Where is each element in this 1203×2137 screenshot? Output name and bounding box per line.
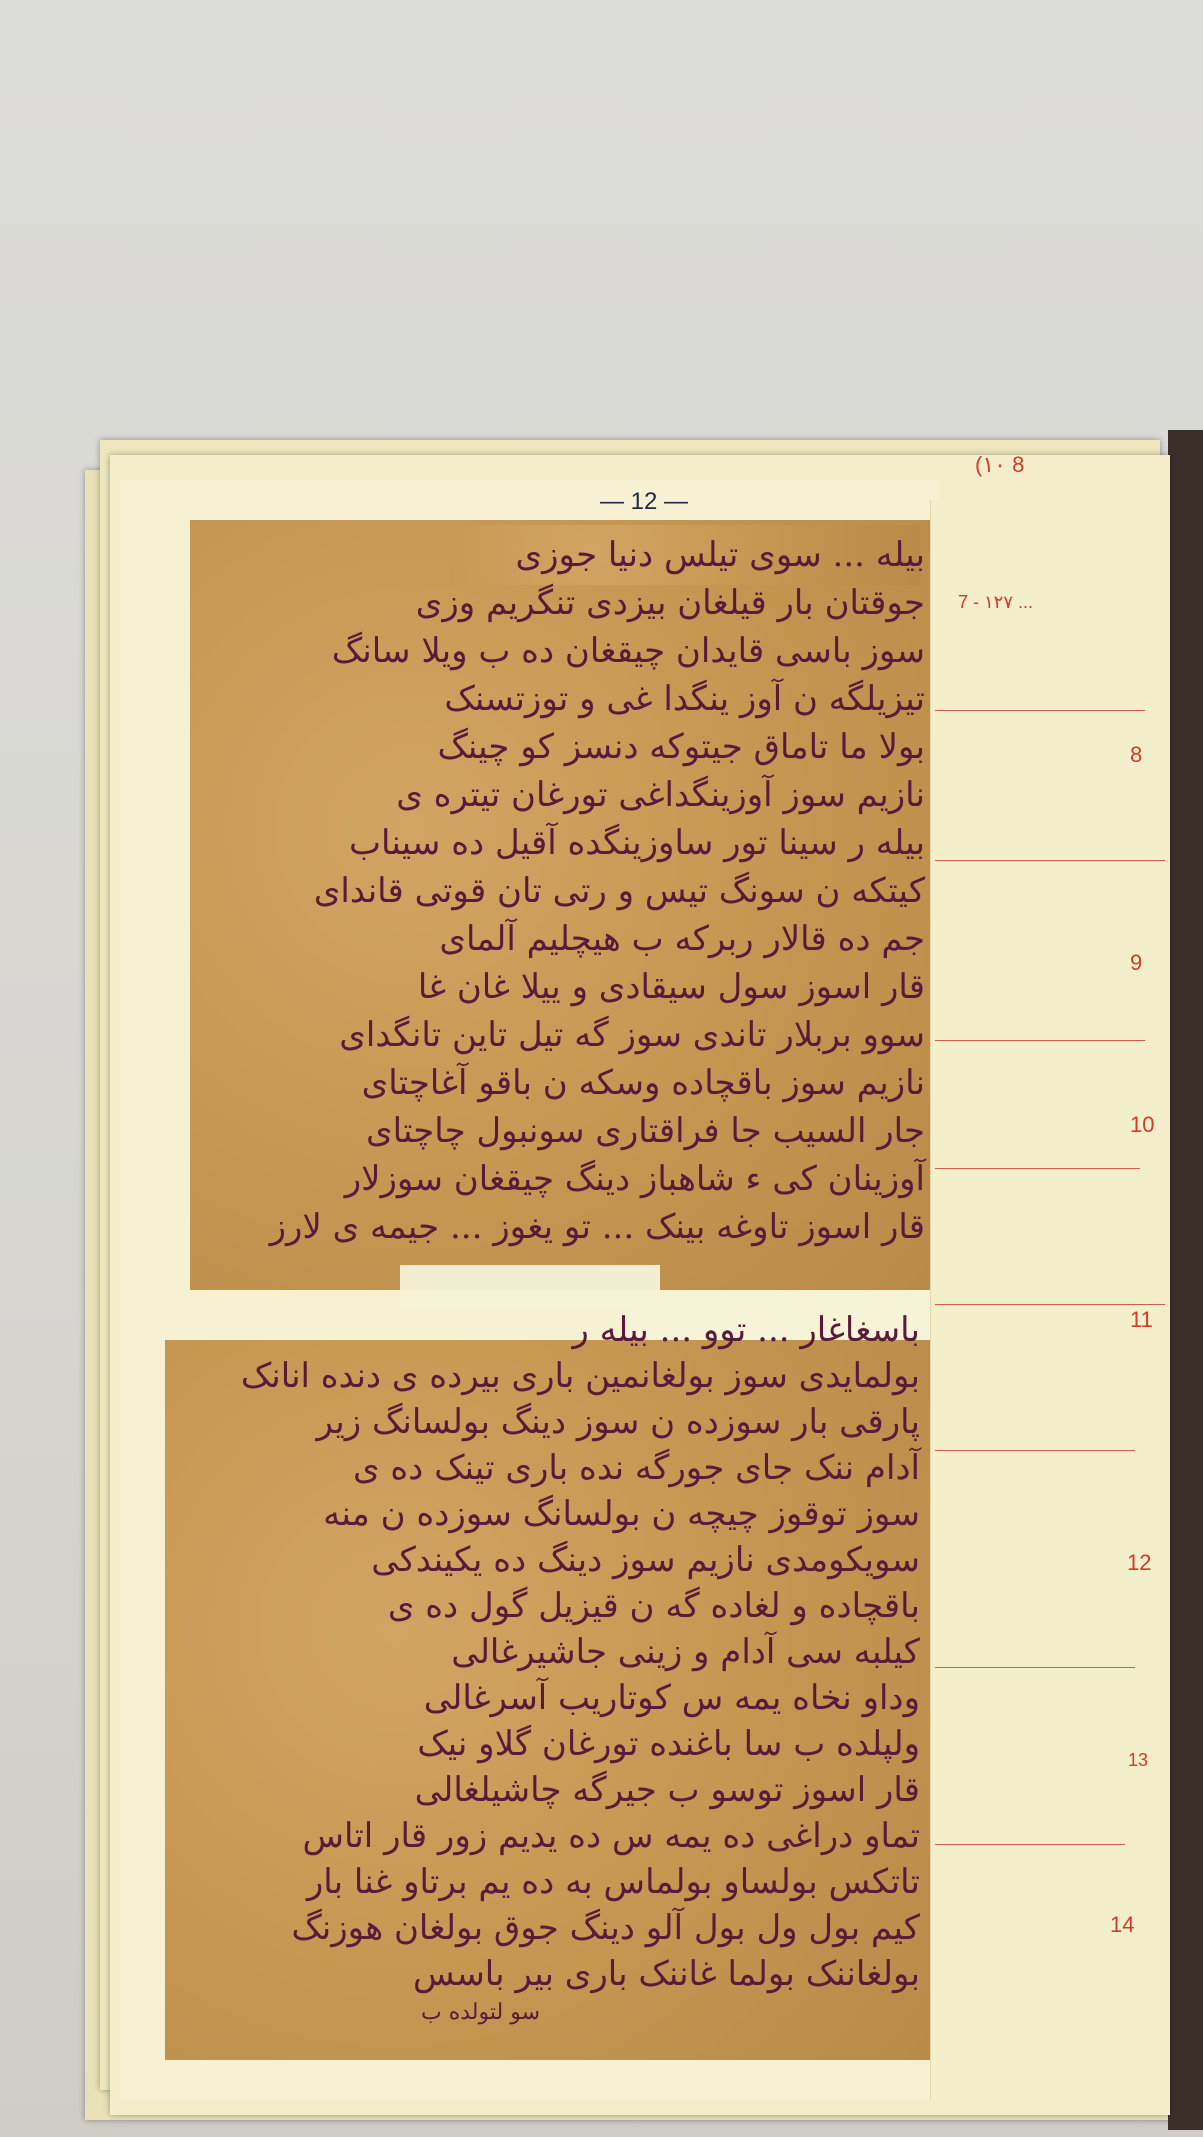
margin-rule	[935, 710, 1145, 711]
right-margin-panel	[930, 500, 1161, 2100]
margin-rule	[935, 1040, 1145, 1041]
manuscript-line: آدام ننک جای جورگه نده باری تینک ده ی	[170, 1448, 920, 1494]
line-number-marker: 10	[1130, 1112, 1154, 1138]
manuscript-line: سوو بربلار تاندی سوز گه تیل تاین تانگدای	[190, 1015, 925, 1063]
manuscript-line: کیلبه سی آدام و زینی جاشیرغالی	[170, 1632, 920, 1678]
line-number-marker: 9	[1130, 950, 1142, 976]
manuscript-line: بولغاننک بولما غاننک باری بیر باسس	[170, 1954, 920, 2000]
manuscript-line: پارقی بار سوزده ن سوز دینگ بولسانگ زیر	[170, 1402, 920, 1448]
manuscript-line: بولمایدی سوز بولغانمین باری بیرده ی دنده…	[170, 1356, 920, 1402]
manuscript-line: تیزیلگه ن آوز ینگدا غی و توزتسنک	[190, 679, 925, 727]
manuscript-line: آوزینان کی ء شاهباز دینگ چیقغان سوزلار	[190, 1159, 925, 1207]
manuscript-line: ولپلده ب سا باغنده تورغان گلاو نیک	[170, 1724, 920, 1770]
margin-rule	[935, 1667, 1135, 1668]
manuscript-line: جم ده قالار ربرکه ب هیچلیم آلمای	[190, 919, 925, 967]
margin-rule	[935, 1450, 1135, 1451]
margin-rule	[935, 1844, 1125, 1845]
manuscript-line: باقچاده و لغاده گه ن قیزیل گول ده ی	[170, 1586, 920, 1632]
tape-strip	[400, 1265, 660, 1310]
corner-annotation: (١٠ 8	[975, 452, 1024, 478]
manuscript-line: سوز توقوز چیچه ن بولسانگ سوزده ن منه	[170, 1494, 920, 1540]
manuscript-line: باسغاغار ... توو ... بیله ر	[170, 1310, 920, 1356]
manuscript-line: بیله ر سینا تور ساوزینگده آقیل ده سیناب	[190, 823, 925, 871]
manuscript-line: سو لتولده ب	[170, 2000, 920, 2046]
line-number-marker: 12	[1127, 1550, 1151, 1576]
line-number-marker: 8	[1130, 742, 1142, 768]
bottom-text-block: باسغاغار ... توو ... بیله ر بولمایدی سوز…	[170, 1310, 920, 2046]
manuscript-line: جوقتان بار قیلغان بیزدی تنگریم وزی	[190, 583, 925, 631]
manuscript-line: نازیم سوز باقچاده وسکه ن باقو آغاچتای	[190, 1063, 925, 1111]
manuscript-line: تماو دراغی ده یمه س ده یدیم زور قار اتاس	[170, 1816, 920, 1862]
manuscript-line: سویکومدی نازیم سوز دینگ ده یکیندکی	[170, 1540, 920, 1586]
manuscript-line: نازیم سوز آوزینگداغی تورغان تیتره ی	[190, 775, 925, 823]
margin-note: 7 - ١٢٧ ...	[958, 592, 1033, 613]
manuscript-line: بولا ما تاماق جیتوکه دنسز کو چینگ	[190, 727, 925, 775]
manuscript-line: وداو نخاه یمه س کوتاریب آسرغالی	[170, 1678, 920, 1724]
line-number-marker: 14	[1110, 1912, 1134, 1938]
top-text-block: بیله ... سوی تیلس دنیا جوزی جوقتان بار ق…	[190, 535, 925, 1255]
manuscript-line: جار السیب جا فراقتاری سونبول چاچتای	[190, 1111, 925, 1159]
manuscript-line: کیم بول ول بول آلو دینگ جوق بولغان هوزنگ	[170, 1908, 920, 1954]
manuscript-line: سوز باسی قایدان چیقغان ده ب ویلا سانگ	[190, 631, 925, 679]
margin-rule	[935, 860, 1165, 861]
manuscript-line: قار اسوز سول سیقادی و ییلا غان غا	[190, 967, 925, 1015]
manuscript-line: قار اسوز تاوغه بینک ... تو یغوز ... جیمه…	[190, 1207, 925, 1255]
margin-rule	[935, 1304, 1165, 1305]
binder-edge	[1168, 430, 1203, 2130]
line-number-marker: 11	[1130, 1307, 1153, 1333]
margin-rule	[935, 1168, 1140, 1169]
manuscript-line: قار اسوز توسو ب جیرگه چاشیلغالی	[170, 1770, 920, 1816]
manuscript-line: کیتکه ن سونگ تیس و رتی تان قوتی قاندای	[190, 871, 925, 919]
manuscript-line: بیله ... سوی تیلس دنیا جوزی	[190, 535, 925, 583]
line-number-marker: 13	[1128, 1750, 1148, 1771]
manuscript-line: تاتکس بولساو بولماس به ده یم برتاو غنا ب…	[170, 1862, 920, 1908]
page-number-center: — 12 —	[600, 488, 688, 516]
